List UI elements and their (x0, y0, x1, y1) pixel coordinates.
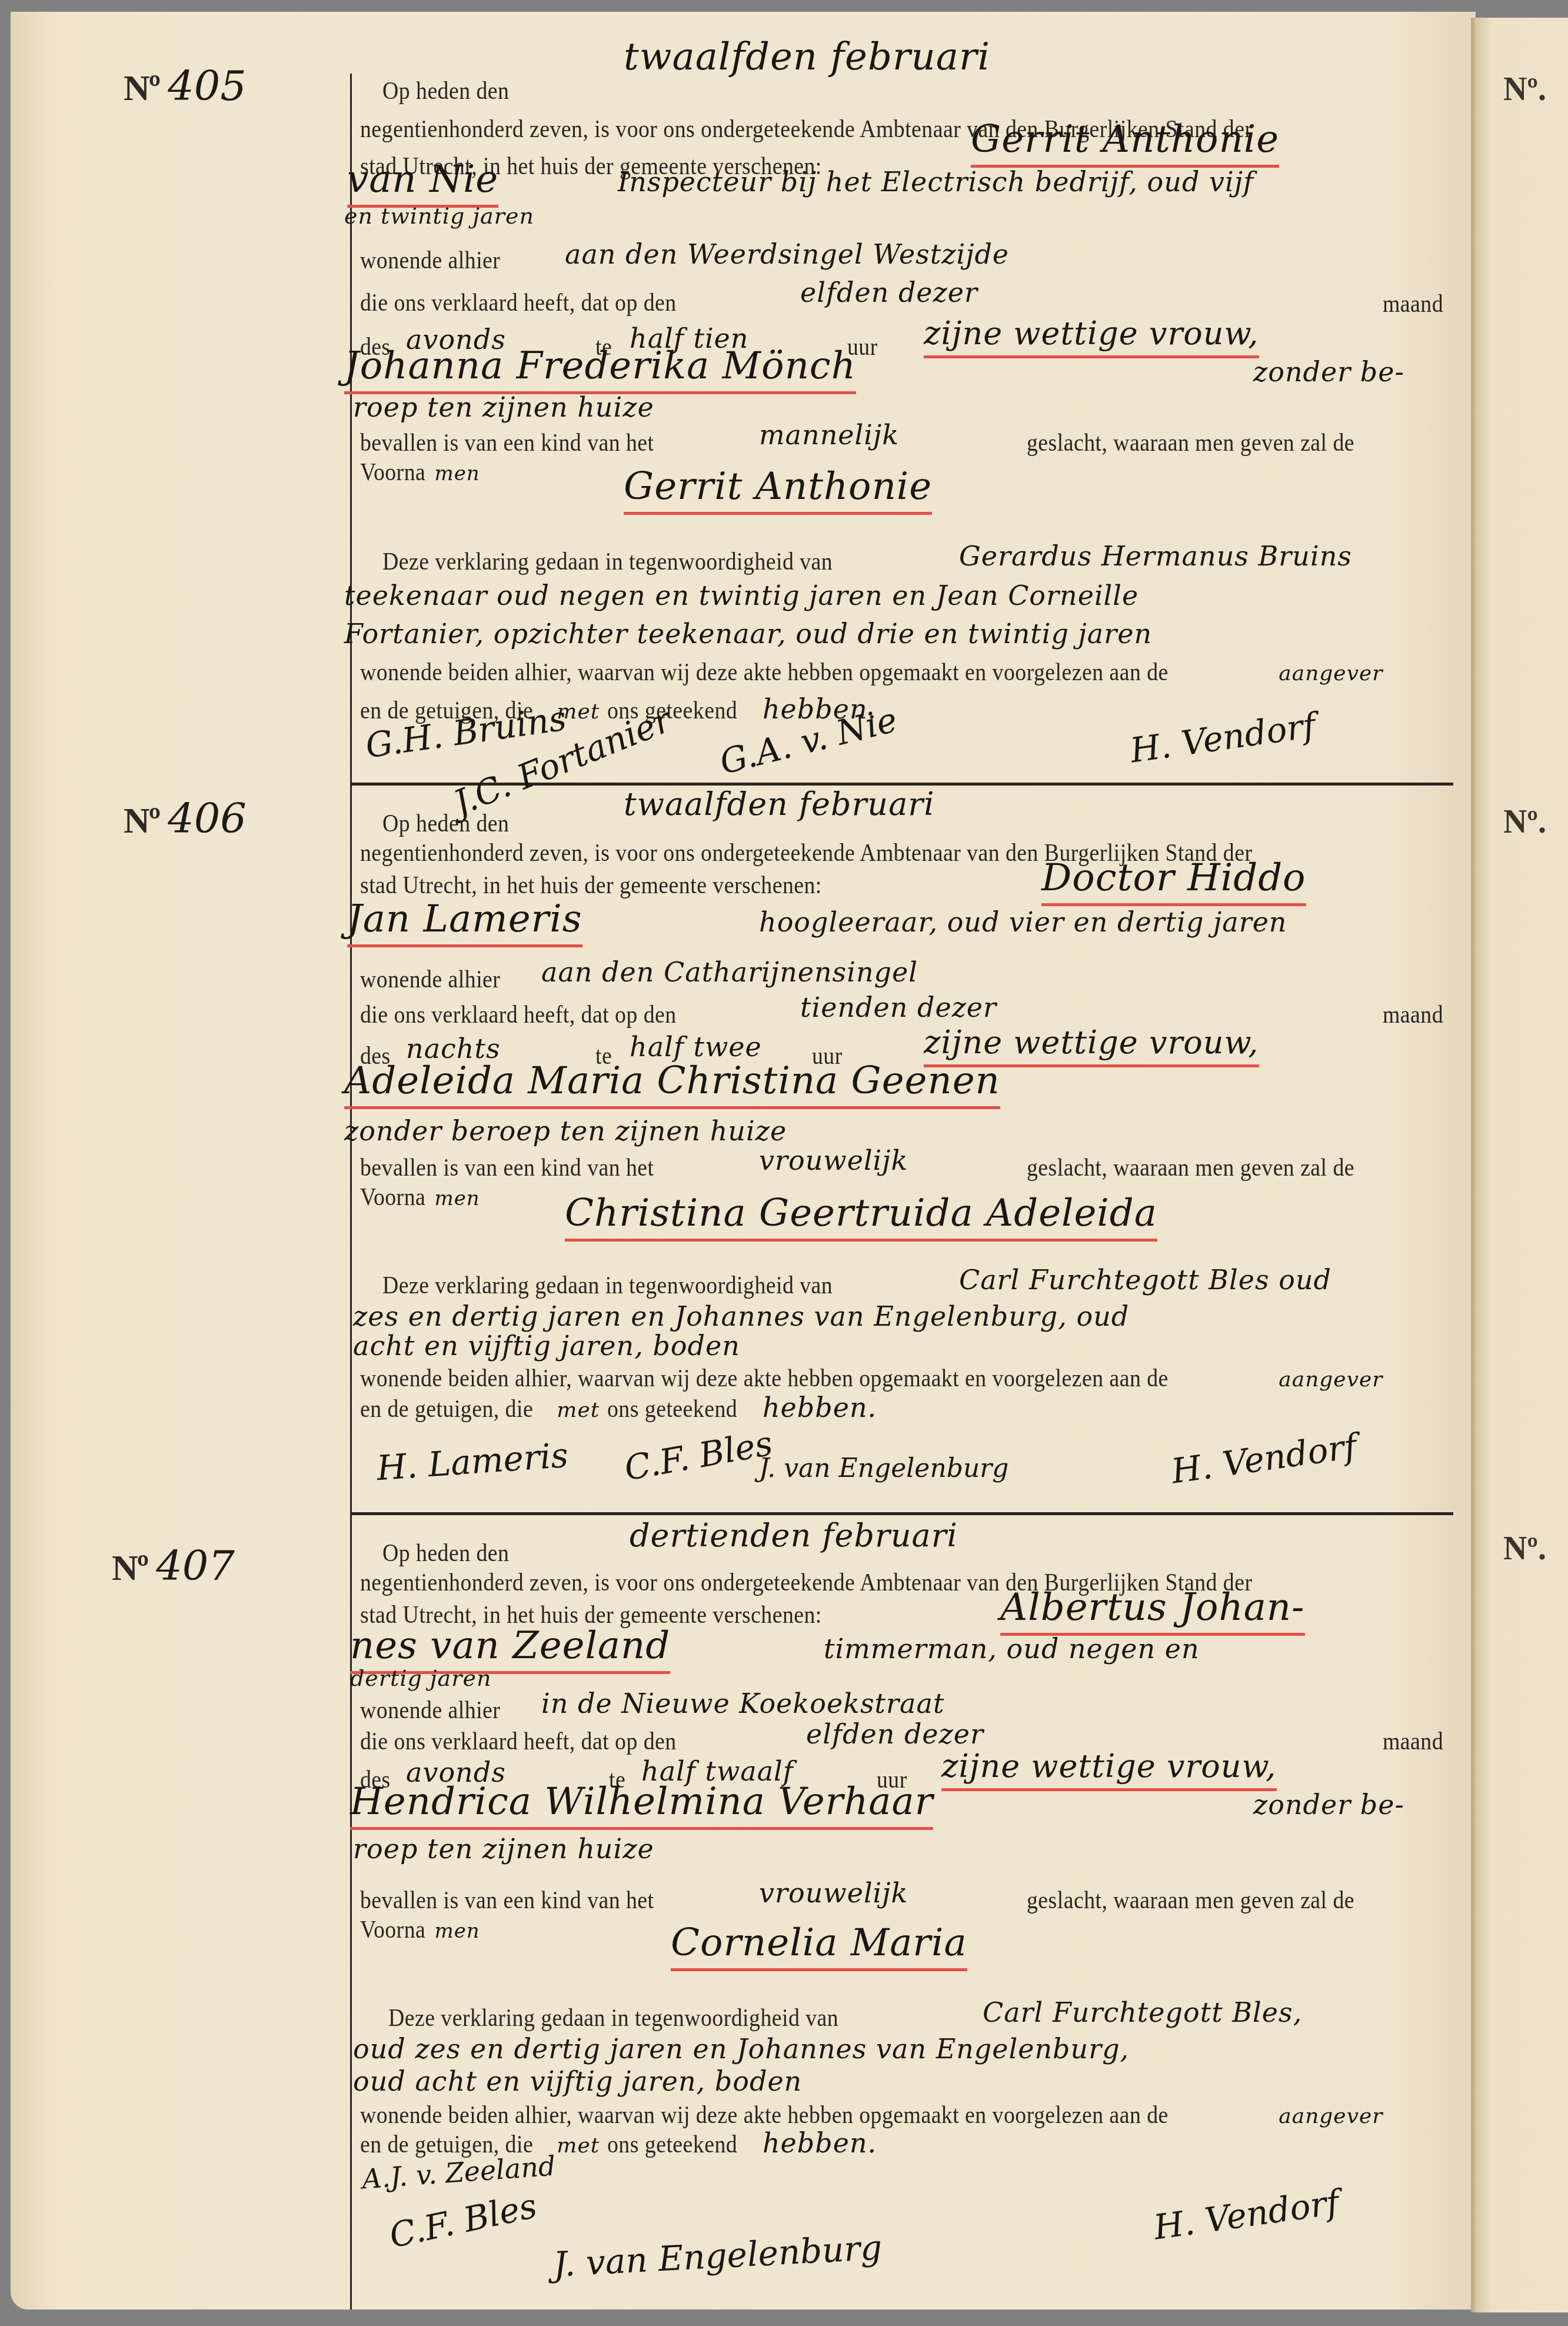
wife-occupation: roep ten zijnen huize (353, 391, 654, 423)
wife-name: Hendrica Wilhelmina Verhaar (350, 1780, 933, 1830)
witness-line-2: zes en dertig jaren en Johannes van Enge… (353, 1300, 1129, 1332)
wife-intro: zijne wettige vrouw, (941, 1748, 1277, 1791)
wife-intro: zijne wettige vrouw, (924, 315, 1259, 358)
witness-line-1: Carl Furchtegott Bles, (983, 1996, 1302, 2028)
child-sex: vrouwelijk (759, 1144, 908, 1176)
entry-number: Nº406 (124, 794, 247, 843)
child-names: Christina Geertruida Adeleida (565, 1192, 1157, 1242)
declarant-first-names: Albertus Johan- (1000, 1586, 1305, 1636)
wife-occupation: zonder beroep ten zijnen huize (344, 1115, 787, 1147)
witness-line-1: Gerardus Hermanus Bruins (959, 540, 1352, 572)
declarant-occupation: timmerman, oud negen en (824, 1633, 1200, 1665)
address: aan den Catharijnensingel (541, 956, 918, 988)
entry-number: Nº407 (112, 1542, 235, 1590)
declarant-age: en twintig jaren (344, 203, 534, 229)
witness-line-2: teekenaar oud negen en twintig jaren en … (344, 580, 1138, 611)
entry-number: Nº405 (124, 62, 247, 110)
birth-hour: half twee (630, 1031, 762, 1063)
child-sex: mannelijk (759, 419, 899, 451)
declarant-age: dertig jaren (350, 1665, 491, 1691)
declarant-surname: van Nie (347, 158, 498, 208)
wife-name: Adeleida Maria Christina Geenen (344, 1059, 1000, 1109)
signature: J. van Engelenburg (759, 1453, 1008, 1483)
child-names: Gerrit Anthonie (624, 465, 932, 515)
next-page-entry-label: Nº. (1503, 803, 1546, 841)
address: in de Nieuwe Koekoekstraat (541, 1688, 944, 1719)
witness-line-3: Fortanier, opzichter teekenaar, oud drie… (344, 618, 1152, 650)
declarant-first-names: Gerrit Anthonie (971, 118, 1279, 168)
declarant-surname: Jan Lameris (347, 897, 582, 947)
child-sex: vrouwelijk (759, 1877, 908, 1909)
next-page-edge (1476, 18, 1568, 2312)
child-names: Cornelia Maria (671, 1921, 967, 1971)
next-page-entry-label: Nº. (1503, 71, 1546, 108)
birth-day: elfden dezer (806, 1718, 984, 1750)
margin-rule (350, 74, 352, 2310)
address: aan den Weerdsingel Westzijde (565, 238, 1009, 270)
birth-day: tienden dezer (800, 991, 997, 1023)
wife-occupation: roep ten zijnen huize (353, 1833, 654, 1865)
next-page-entry-label: Nº. (1503, 1530, 1546, 1568)
declarant-occupation: hoogleeraar, oud vier en dertig jaren (759, 906, 1287, 938)
entry-date: twaalfden februari (624, 786, 934, 823)
declarant-occupation: Inspecteur bij het Electrisch bedrijf, o… (618, 166, 1254, 198)
wife-name: Johanna Frederika Mönch (344, 344, 856, 394)
witness-line-3: acht en vijftig jaren, boden (353, 1330, 740, 1362)
witness-line-3: oud acht en vijftig jaren, boden (353, 2065, 802, 2097)
birth-day: elfden dezer (800, 277, 978, 308)
printed-text: Op heden den (382, 76, 509, 105)
entry-date: twaalfden februari (624, 35, 990, 79)
declarant-first-names: Doctor Hiddo (1041, 856, 1306, 906)
witness-line-1: Carl Furchtegott Bles oud (959, 1264, 1331, 1296)
entry-separator (352, 1512, 1453, 1515)
entry-date: dertienden februari (630, 1517, 958, 1554)
witness-line-2: oud zes en dertig jaren en Johannes van … (353, 2033, 1129, 2065)
